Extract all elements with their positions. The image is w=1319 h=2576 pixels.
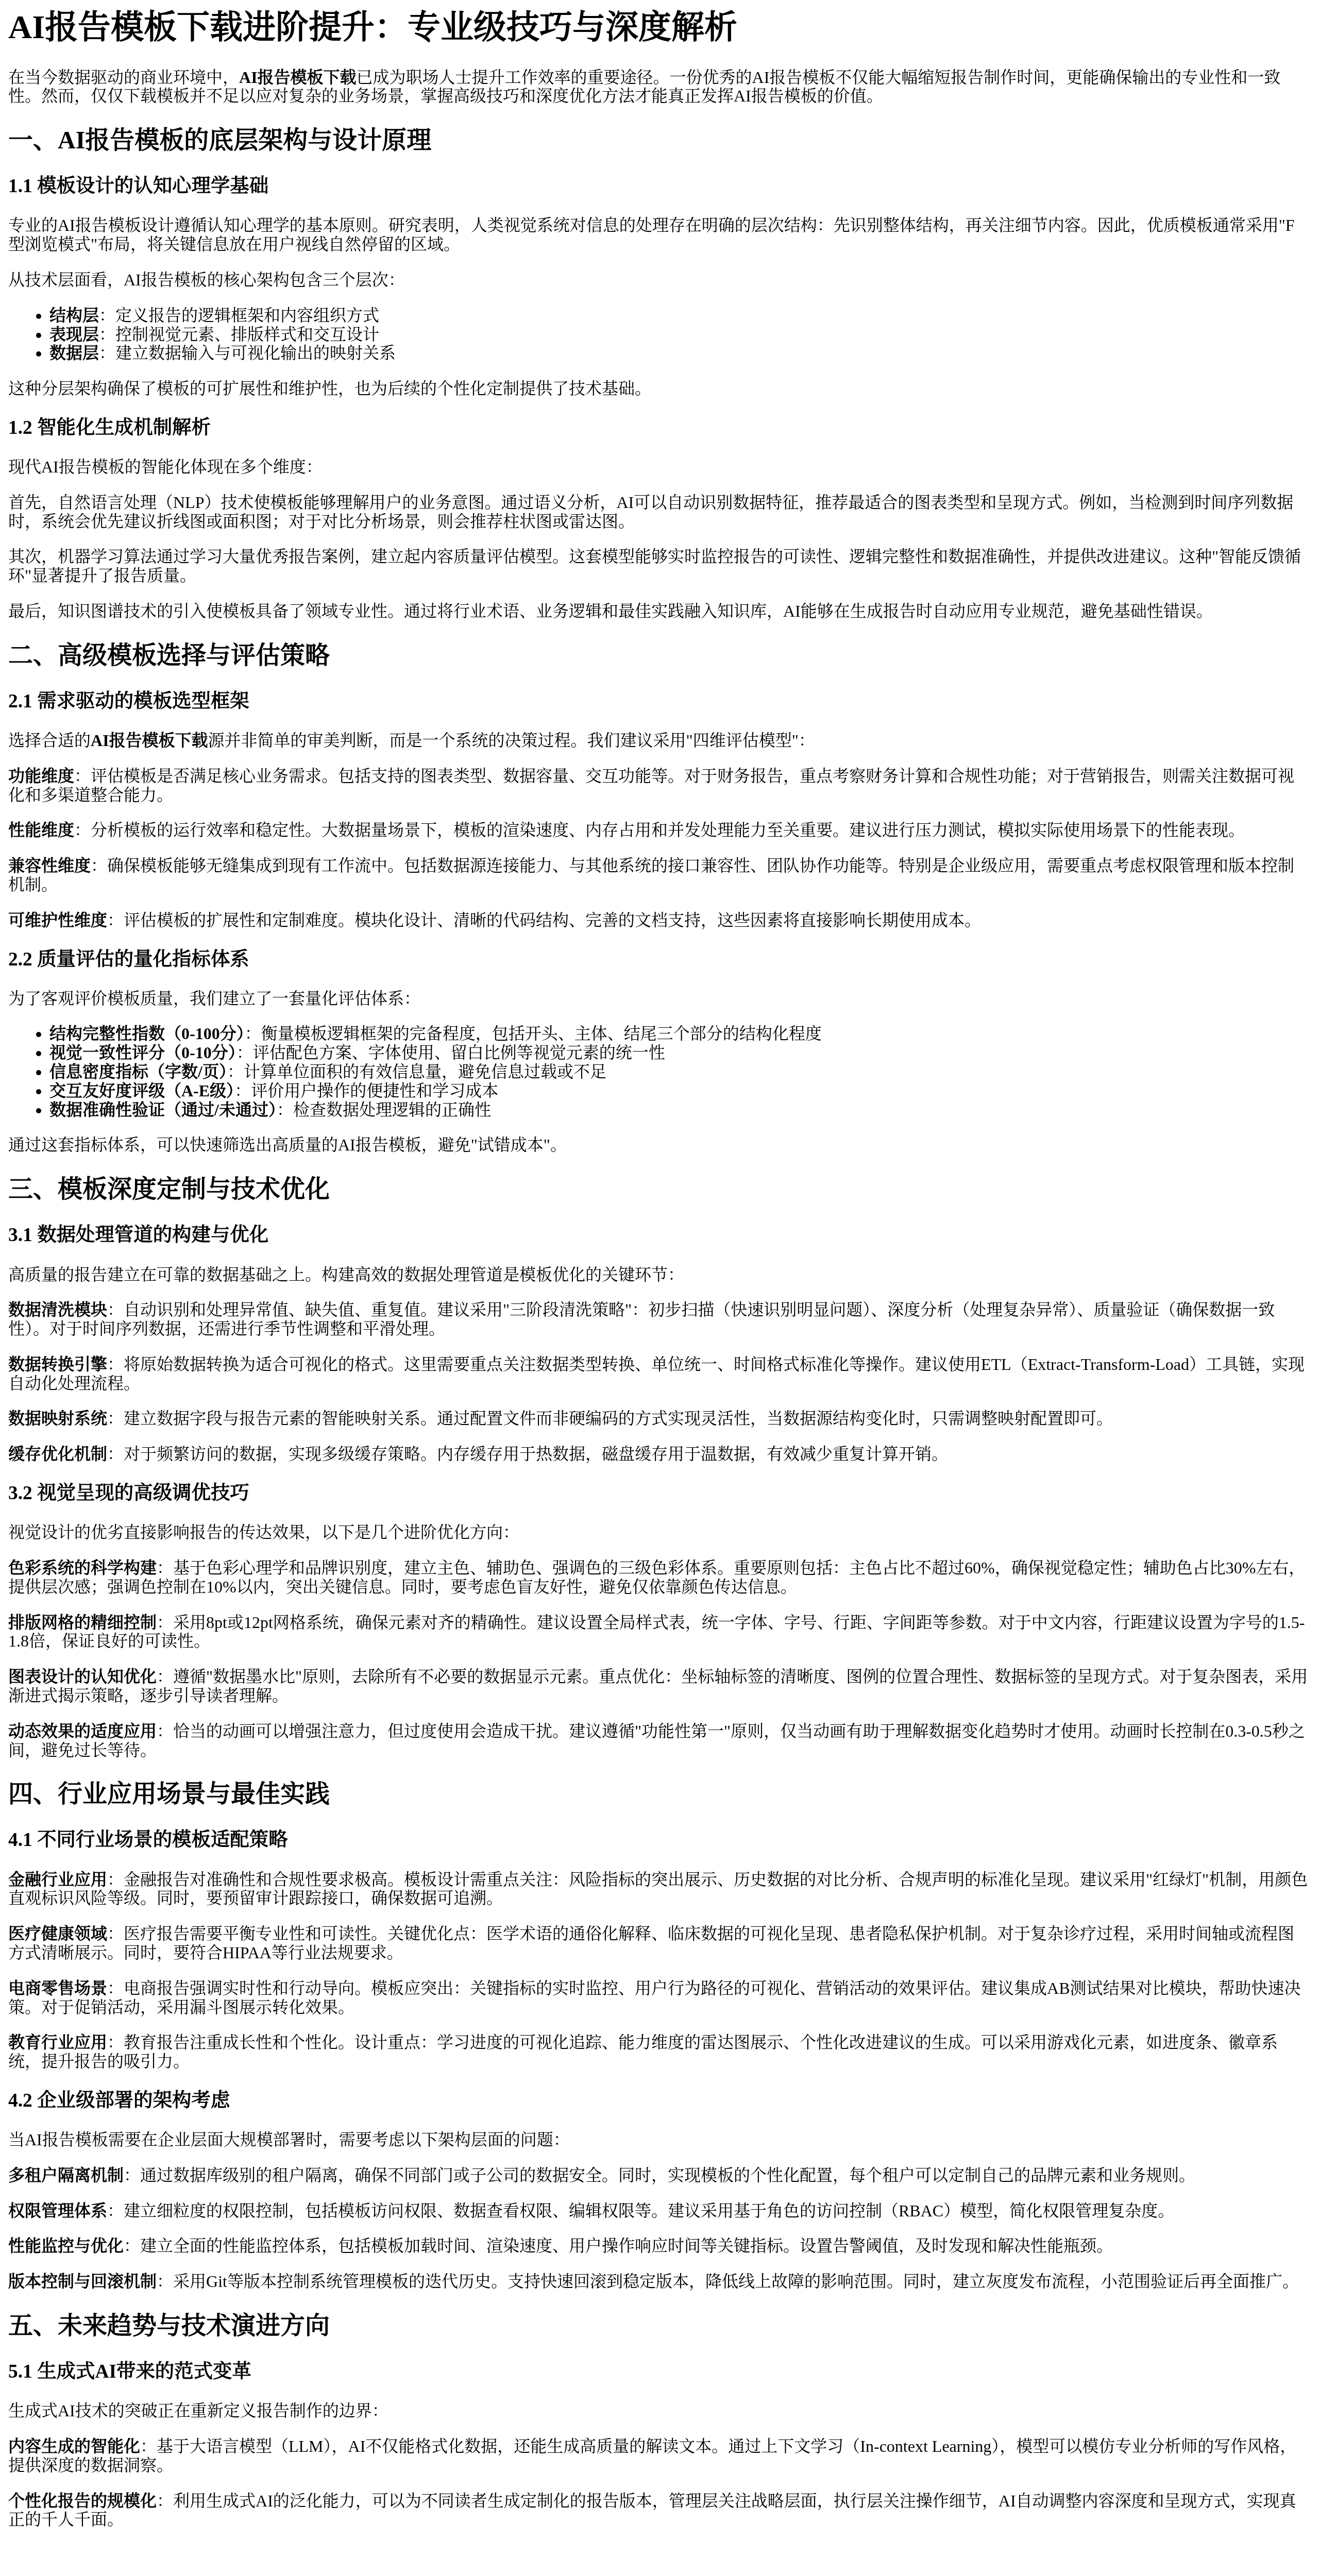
paragraph: 当AI报告模板需要在企业层面大规模部署时，需要考虑以下架构层面的问题： (8, 2130, 1311, 2149)
quality-metrics-list: 结构完整性指数（0-100分）：衡量模板逻辑框架的完备程度，包括开头、主体、结尾… (8, 1024, 1311, 1119)
paragraph: 最后，知识图谱技术的引入使模板具备了领域专业性。通过将行业术语、业务逻辑和最佳实… (8, 602, 1311, 621)
paragraph: 数据映射系统：建立数据字段与报告元素的智能映射关系。通过配置文件而非硬编码的方式… (8, 1409, 1311, 1428)
paragraph: 生成式AI技术的突破正在重新定义报告制作的边界： (8, 2401, 1311, 2420)
paragraph: 视觉设计的优劣直接影响报告的传达效果，以下是几个进阶优化方向： (8, 1523, 1311, 1542)
list-item: 数据层：建立数据输入与可视化输出的映射关系 (49, 344, 1311, 363)
intro-keyword: AI报告模板下载 (239, 68, 357, 87)
section-2-2-heading: 2.2 质量评估的量化指标体系 (8, 948, 1311, 971)
paragraph: 从技术层面看，AI报告模板的核心架构包含三个层次： (8, 270, 1311, 290)
section-4-heading: 四、行业应用场景与最佳实践 (8, 1780, 1311, 1808)
paragraph: 数据转换引擎：将原始数据转换为适合可视化的格式。这里需要重点关注数据类型转换、单… (8, 1355, 1311, 1393)
section-1-2-heading: 1.2 智能化生成机制解析 (8, 417, 1311, 439)
intro-paragraph: 在当今数据驱动的商业环境中，AI报告模板下载已成为职场人士提升工作效率的重要途径… (8, 68, 1311, 106)
section-4-1-heading: 4.1 不同行业场景的模板适配策略 (8, 1829, 1311, 1851)
section-1-1-heading: 1.1 模板设计的认知心理学基础 (8, 175, 1311, 197)
page-title: AI报告模板下载进阶提升：专业级技巧与深度解析 (8, 8, 1311, 46)
list-item: 视觉一致性评分（0-10分）：评估配色方案、字体使用、留白比例等视觉元素的统一性 (49, 1043, 1311, 1062)
section-4-2-heading: 4.2 企业级部署的架构考虑 (8, 2090, 1311, 2112)
paragraph: 医疗健康领域：医疗报告需要平衡专业性和可读性。关键优化点：医学术语的通俗化解释、… (8, 1924, 1311, 1962)
paragraph: 这种分层架构确保了模板的可扩展性和维护性，也为后续的个性化定制提供了技术基础。 (8, 379, 1311, 398)
section-5-1-heading: 5.1 生成式AI带来的范式变革 (8, 2361, 1311, 2383)
paragraph: 兼容性维度：确保模板能够无缝集成到现有工作流中。包括数据源连接能力、与其他系统的… (8, 856, 1311, 894)
paragraph: 个性化报告的规模化：利用生成式AI的泛化能力，可以为不同读者生成定制化的报告版本… (8, 2492, 1311, 2530)
list-item: 结构层：定义报告的逻辑框架和内容组织方式 (49, 306, 1311, 325)
paragraph: 数据清洗模块：自动识别和处理异常值、缺失值、重复值。建议采用"三阶段清洗策略"：… (8, 1300, 1311, 1338)
paragraph: 性能监控与优化：建立全面的性能监控体系，包括模板加载时间、渲染速度、用户操作响应… (8, 2236, 1311, 2256)
paragraph: 专业的AI报告模板设计遵循认知心理学的基本原则。研究表明，人类视觉系统对信息的处… (8, 216, 1311, 254)
list-item: 信息密度指标（字数/页）：计算单位面积的有效信息量，避免信息过载或不足 (49, 1062, 1311, 1081)
paragraph: 图表设计的认知优化：遵循"数据墨水比"原则，去除所有不必要的数据显示元素。重点优… (8, 1667, 1311, 1705)
section-1-heading: 一、AI报告模板的底层架构与设计原理 (8, 126, 1311, 155)
paragraph: 色彩系统的科学构建：基于色彩心理学和品牌识别度，建立主色、辅助色、强调色的三级色… (8, 1558, 1311, 1597)
paragraph: 首先，自然语言处理（NLP）技术使模板能够理解用户的业务意图。通过语义分析，AI… (8, 493, 1311, 531)
section-5-heading: 五、未来趋势与技术演进方向 (8, 2312, 1311, 2340)
paragraph: 为了客观评价模板质量，我们建立了一套量化评估体系： (8, 989, 1311, 1008)
paragraph: 其次，机器学习算法通过学习大量优秀报告案例，建立起内容质量评估模型。这套模型能够… (8, 547, 1311, 585)
paragraph: 教育行业应用：教育报告注重成长性和个性化。设计重点：学习进度的可视化追踪、能力维… (8, 2033, 1311, 2071)
section-3-1-heading: 3.1 数据处理管道的构建与优化 (8, 1224, 1311, 1246)
paragraph: 版本控制与回滚机制：采用Git等版本控制系统管理模板的迭代历史。支持快速回滚到稳… (8, 2272, 1311, 2291)
list-item: 数据准确性验证（通过/未通过）：检查数据处理逻辑的正确性 (49, 1100, 1311, 1120)
paragraph: 功能维度：评估模板是否满足核心业务需求。包括支持的图表类型、数据容量、交互功能等… (8, 767, 1311, 805)
section-2-heading: 二、高级模板选择与评估策略 (8, 641, 1311, 670)
list-item: 结构完整性指数（0-100分）：衡量模板逻辑框架的完备程度，包括开头、主体、结尾… (49, 1024, 1311, 1043)
list-item: 表现层：控制视觉元素、排版样式和交互设计 (49, 325, 1311, 344)
paragraph: 多租户隔离机制：通过数据库级别的租户隔离，确保不同部门或子公司的数据安全。同时，… (8, 2166, 1311, 2185)
paragraph: 可维护性维度：评估模板的扩展性和定制难度。模块化设计、清晰的代码结构、完善的文档… (8, 911, 1311, 930)
paragraph: 排版网格的精细控制：采用8pt或12pt网格系统，确保元素对齐的精确性。建议设置… (8, 1613, 1311, 1651)
section-3-2-heading: 3.2 视觉呈现的高级调优技巧 (8, 1482, 1311, 1504)
paragraph: 通过这套指标体系，可以快速筛选出高质量的AI报告模板，避免"试错成本"。 (8, 1136, 1311, 1155)
list-item: 交互友好度评级（A-E级）：评价用户操作的便捷性和学习成本 (49, 1081, 1311, 1100)
paragraph: 选择合适的AI报告模板下载源并非简单的审美判断，而是一个系统的决策过程。我们建议… (8, 731, 1311, 750)
paragraph: 高质量的报告建立在可靠的数据基础之上。构建高效的数据处理管道是模板优化的关键环节… (8, 1265, 1311, 1284)
section-2-1-heading: 2.1 需求驱动的模板选型框架 (8, 690, 1311, 713)
paragraph: 性能维度：分析模板的运行效率和稳定性。大数据量场景下，模板的渲染速度、内存占用和… (8, 821, 1311, 840)
paragraph: 权限管理体系：建立细粒度的权限控制，包括模板访问权限、数据查看权限、编辑权限等。… (8, 2201, 1311, 2221)
paragraph: 金融行业应用：金融报告对准确性和合规性要求极高。模板设计需重点关注：风险指标的突… (8, 1870, 1311, 1908)
architecture-layers-list: 结构层：定义报告的逻辑框架和内容组织方式 表现层：控制视觉元素、排版样式和交互设… (8, 306, 1311, 363)
paragraph: 动态效果的适度应用：恰当的动画可以增强注意力，但过度使用会造成干扰。建议遵循"功… (8, 1722, 1311, 1760)
paragraph: 内容生成的智能化：基于大语言模型（LLM），AI不仅能格式化数据，还能生成高质量… (8, 2437, 1311, 2475)
paragraph: 缓存优化机制：对于频繁访问的数据，实现多级缓存策略。内存缓存用于热数据，磁盘缓存… (8, 1445, 1311, 1464)
section-3-heading: 三、模板深度定制与技术优化 (8, 1175, 1311, 1204)
paragraph: 电商零售场景：电商报告强调实时性和行动导向。模板应突出：关键指标的实时监控、用户… (8, 1979, 1311, 2017)
paragraph: 现代AI报告模板的智能化体现在多个维度： (8, 457, 1311, 477)
